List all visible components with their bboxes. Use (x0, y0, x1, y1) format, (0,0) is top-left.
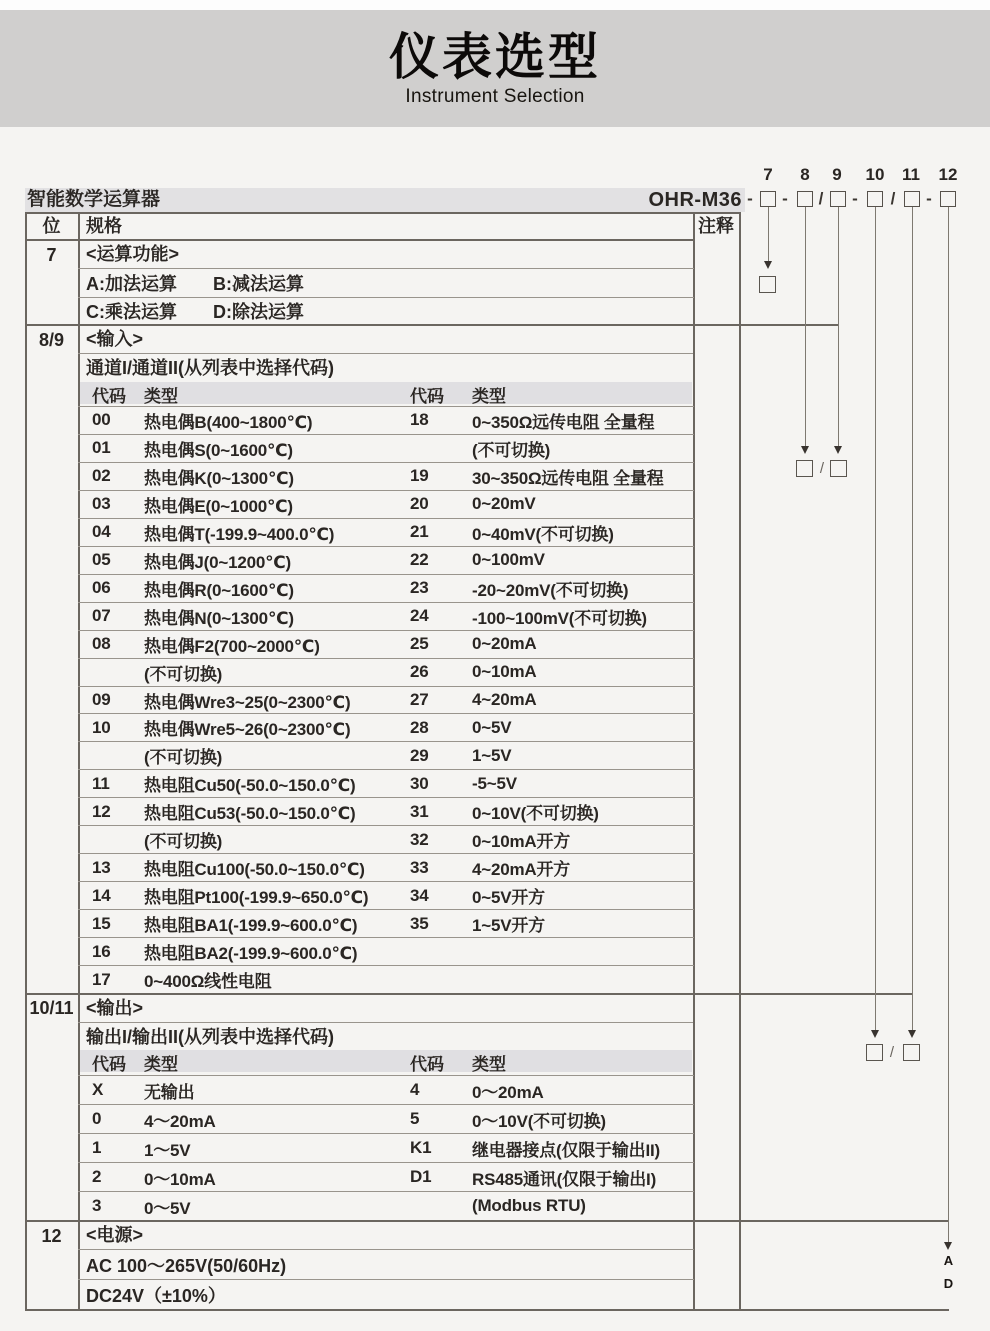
cell-t2: 继电器接点(仅限于输出II) (468, 1136, 694, 1161)
table-row: 20～10mAD1RS485通讯(仅限于输出I) (78, 1162, 694, 1191)
cell-c2: 4 (406, 1080, 468, 1100)
code-box-10 (866, 1044, 883, 1061)
cell-c2: 28 (406, 718, 468, 738)
cell-c2: 30 (406, 774, 468, 794)
table-top-border (25, 212, 740, 214)
table-row: 11～5VK1继电器接点(仅限于输出II) (78, 1133, 694, 1162)
cell-t2: 0~10mA (468, 662, 694, 682)
cell-t1: 热电偶R(0~1600℃) (140, 576, 406, 601)
cell-c2: 19 (406, 466, 468, 486)
input-table-header: 代码 类型 代码 类型 (80, 382, 692, 404)
cell-c1: 02 (88, 466, 140, 486)
table-row: 08热电偶F2(700~2000℃)250~20mA (78, 630, 694, 658)
cell-t1: 热电偶Wre3~25(0~2300℃) (140, 688, 406, 713)
cell-c1: 06 (88, 578, 140, 598)
power-code-d: D (939, 1277, 958, 1291)
cell-t1: (不可切换) (140, 660, 406, 685)
cell-t1: 热电阻Cu100(-50.0~150.0℃) (140, 855, 406, 880)
cell-t1: 1～5V (140, 1136, 406, 1161)
code-box-11 (903, 1044, 920, 1061)
cell-t2: 0~20mA (468, 634, 694, 654)
cell-c1: 12 (88, 802, 140, 822)
table-row: X无输出40～20mA (78, 1075, 694, 1104)
model-separator: - (744, 189, 756, 209)
cell-c2: 26 (406, 662, 468, 682)
code-box-7 (759, 276, 776, 293)
cell-c1: 10 (88, 718, 140, 738)
calc-option-d: D:除法运算 (213, 298, 304, 324)
cell-c1: 16 (88, 942, 140, 962)
pos-value-calc: 7 (25, 243, 78, 268)
cell-c1: 17 (88, 970, 140, 990)
cell-t2: 0~100mV (468, 550, 694, 570)
model-separator: / (887, 189, 899, 209)
instrument-selection-page: 仪表选型 Instrument Selection 智能数学运算器 OHR-M3… (0, 0, 990, 1331)
cell-c1: 1 (88, 1138, 140, 1158)
cell-t1: 热电偶E(0~1000℃) (140, 492, 406, 517)
cell-c1: 13 (88, 858, 140, 878)
code-box-9 (830, 460, 847, 477)
cell-t1: 热电偶K(0~1300℃) (140, 464, 406, 489)
table-row: 06热电偶R(0~1600℃)23-20~20mV(不可切换) (78, 574, 694, 602)
cell-t2: (不可切换) (468, 436, 694, 461)
calc-option-c: C:乘法运算 (86, 298, 177, 324)
cell-c2: 31 (406, 802, 468, 822)
input-section-title: <输入> (86, 325, 143, 353)
cell-t2: 4~20mA (468, 690, 694, 710)
table-row: (不可切换)320~10mA开方 (78, 825, 694, 853)
table-row: 170~400Ω线性电阻 (78, 965, 694, 993)
product-header-band: 智能数学运算器 OHR-M36 (25, 188, 745, 212)
cell-t1: 0～10mA (140, 1165, 406, 1190)
model-box-7 (760, 191, 776, 207)
model-separator: - (849, 189, 861, 209)
calc-row-cd: C:乘法运算 D:除法运算 (78, 297, 694, 326)
cell-c1: 0 (88, 1109, 140, 1129)
output-table-header: 代码 类型 代码 类型 (80, 1050, 692, 1072)
cell-t2: 0~10V(不可切换) (468, 799, 694, 824)
table-row: 04热电偶T(-199.9~400.0℃)210~40mV(不可切换) (78, 518, 694, 546)
cell-t1: 热电偶S(0~1600℃) (140, 436, 406, 461)
cell-t2: 0~5V (468, 718, 694, 738)
cell-c1: 05 (88, 550, 140, 570)
cell-c1: 04 (88, 522, 140, 542)
cell-c2: 25 (406, 634, 468, 654)
power-option-ac: AC 100～265V(50/60Hz) (86, 1252, 286, 1278)
table-right-border (739, 212, 741, 1310)
title-banner: 仪表选型 Instrument Selection (0, 10, 990, 127)
cell-c1: 11 (88, 774, 140, 794)
output-section-title: <输出> (86, 994, 143, 1022)
table-row: 14热电阻Pt100(-199.9~650.0℃)340~5V开方 (78, 881, 694, 909)
power-row-ac: AC 100～265V(50/60Hz) (78, 1249, 694, 1279)
cell-c2: 24 (406, 606, 468, 626)
table-row: 05热电偶J(0~1200℃)220~100mV (78, 546, 694, 574)
cell-t1: 热电阻BA1(-199.9~600.0℃) (140, 911, 406, 936)
cell-t2: -5~5V (468, 774, 694, 794)
cell-t2: RS485通讯(仅限于输出I) (468, 1165, 694, 1190)
cell-t2: -20~20mV(不可切换) (468, 576, 694, 601)
cell-c1: 07 (88, 606, 140, 626)
slash-separator: / (885, 1044, 899, 1062)
pos-header: 位 (25, 213, 78, 240)
cell-t2: 0~40mV(不可切换) (468, 520, 694, 545)
leader-line-11 (912, 207, 913, 1030)
table-row: 15热电阻BA1(-199.9~600.0℃)351~5V开方 (78, 909, 694, 937)
cell-t1: 热电偶B(400~1800℃) (140, 408, 406, 433)
cell-t2: 30~350Ω远传电阻 全量程 (468, 464, 694, 489)
cell-t1: 无输出 (140, 1078, 406, 1103)
table-row: 00热电偶B(400~1800℃)180~350Ω远传电阻 全量程 (78, 406, 694, 434)
product-name: 智能数学运算器 (27, 188, 160, 212)
power-row-dc: DC24V（±10%） (78, 1279, 694, 1309)
table-row: 07热电偶N(0~1300℃)24-100~100mV(不可切换) (78, 602, 694, 630)
table-row: 30～5V(Modbus RTU) (78, 1191, 694, 1220)
cell-c1: 03 (88, 494, 140, 514)
arrow-down-icon (908, 1030, 916, 1038)
table-row: 01热电偶S(0~1600℃)(不可切换) (78, 434, 694, 462)
page-title: 仪表选型 (0, 10, 990, 86)
cell-c1: 2 (88, 1167, 140, 1187)
power-title-row: <电源> (78, 1220, 694, 1249)
model-separator: - (779, 189, 791, 209)
cell-t2: 1~5V (468, 746, 694, 766)
digit-label-8: 8 (793, 165, 817, 185)
cell-t1: 0~400Ω线性电阻 (140, 967, 406, 992)
digit-label-7: 7 (756, 165, 780, 185)
cell-c2: 21 (406, 522, 468, 542)
arrow-down-icon (764, 261, 772, 269)
pos-value-input: 8/9 (25, 328, 78, 353)
calc-section: <运算功能> A:加法运算 B:减法运算 C:乘法运算 D:除法运算 (78, 240, 694, 325)
cell-c2: 27 (406, 690, 468, 710)
cell-c1: 15 (88, 914, 140, 934)
arrow-down-icon (871, 1030, 879, 1038)
input-section-subtitle: 通道I/通道II(从列表中选择代码) (86, 354, 334, 382)
table-row: (不可切换)291~5V (78, 741, 694, 769)
cell-t1: 热电偶F2(700~2000℃) (140, 632, 406, 657)
calc-option-b: B:减法运算 (213, 270, 304, 296)
cell-c2: 23 (406, 578, 468, 598)
spec-header: 规格 (86, 213, 122, 240)
cell-t2: (Modbus RTU) (468, 1196, 694, 1216)
table-row: 13热电阻Cu100(-50.0~150.0℃)334~20mA开方 (78, 853, 694, 881)
digit-label-10: 10 (863, 165, 887, 185)
table-row: 04～20mA50～10V(不可切换) (78, 1104, 694, 1133)
table-left-border (25, 212, 27, 1310)
slash-separator: / (815, 460, 829, 478)
table-row: 03热电偶E(0~1000℃)200~20mV (78, 490, 694, 518)
cell-c1: 3 (88, 1196, 140, 1216)
cell-t2: 0~5V开方 (468, 883, 694, 908)
cell-t1: 热电偶N(0~1300℃) (140, 604, 406, 629)
calc-section-title: <运算功能> (86, 240, 179, 268)
model-box-11 (904, 191, 920, 207)
cell-t1: 热电阻Cu50(-50.0~150.0℃) (140, 771, 406, 796)
cell-t2: 0～10V(不可切换) (468, 1107, 694, 1132)
power-section-title: <电源> (86, 1221, 143, 1249)
output-code-rows: X无输出40～20mA04～20mA50～10V(不可切换)11～5VK1继电器… (78, 1075, 694, 1220)
input-col-type-1: 类型 (140, 382, 406, 407)
input-col-code-2: 代码 (406, 382, 468, 407)
top-strip (0, 0, 990, 10)
model-box-12 (940, 191, 956, 207)
section-border-output (25, 993, 913, 995)
cell-c2: 22 (406, 550, 468, 570)
power-code-a: A (939, 1254, 958, 1268)
model-box-10 (867, 191, 883, 207)
cell-t1: 0～5V (140, 1194, 406, 1219)
cell-c1: 08 (88, 634, 140, 654)
table-row: (不可切换)260~10mA (78, 658, 694, 686)
output-col-code-2: 代码 (406, 1050, 468, 1075)
cell-c2: 34 (406, 886, 468, 906)
cell-t1: (不可切换) (140, 827, 406, 852)
power-option-dc: DC24V（±10%） (86, 1282, 226, 1308)
cell-c1: 01 (88, 438, 140, 458)
leader-line-7 (768, 207, 769, 261)
arrow-down-icon (834, 446, 842, 454)
table-row: 09热电偶Wre3~25(0~2300℃)274~20mA (78, 686, 694, 714)
arrow-down-icon (801, 446, 809, 454)
cell-t2: 0~350Ω远传电阻 全量程 (468, 408, 694, 433)
cell-c2: 29 (406, 746, 468, 766)
cell-c2: 20 (406, 494, 468, 514)
cell-t2: 0～20mA (468, 1078, 694, 1103)
cell-c2: 32 (406, 830, 468, 850)
output-col-type-1: 类型 (140, 1050, 406, 1075)
cell-t2: 0~10mA开方 (468, 827, 694, 852)
cell-c1: 14 (88, 886, 140, 906)
model-prefix: OHR-M36 (648, 187, 742, 213)
table-row: 10热电偶Wre5~26(0~2300℃)280~5V (78, 713, 694, 741)
output-col-code-1: 代码 (88, 1050, 140, 1075)
cell-c2: 5 (406, 1109, 468, 1129)
cell-t2: 0~20mV (468, 494, 694, 514)
cell-c2: K1 (406, 1138, 468, 1158)
table-row: 12热电阻Cu53(-50.0~150.0℃)310~10V(不可切换) (78, 797, 694, 825)
cell-t2: 1~5V开方 (468, 911, 694, 936)
cell-t1: 热电阻Pt100(-199.9~650.0℃) (140, 883, 406, 908)
pos-value-output: 10/11 (25, 996, 78, 1021)
cell-t1: 4～20mA (140, 1107, 406, 1132)
cell-t2: 4~20mA开方 (468, 855, 694, 880)
calc-row-ab: A:加法运算 B:减法运算 (78, 268, 694, 297)
table-row: 16热电阻BA2(-199.9~600.0℃) (78, 937, 694, 965)
cell-t1: 热电阻BA2(-199.9~600.0℃) (140, 939, 406, 964)
code-box-8 (796, 460, 813, 477)
output-section-subtitle: 输出I/输出II(从列表中选择代码) (86, 1023, 334, 1051)
page-subtitle: Instrument Selection (0, 86, 990, 108)
cell-c2: 33 (406, 858, 468, 878)
leader-line-10 (875, 207, 876, 1030)
output-col-type-2: 类型 (468, 1050, 692, 1075)
input-col-type-2: 类型 (468, 382, 692, 407)
input-col-code-1: 代码 (88, 382, 140, 407)
model-box-8 (797, 191, 813, 207)
cell-c1: 09 (88, 690, 140, 710)
digit-label-9: 9 (825, 165, 849, 185)
pos-value-power: 12 (25, 1224, 78, 1249)
calc-option-a: A:加法运算 (86, 270, 177, 296)
cell-t2: -100~100mV(不可切换) (468, 604, 694, 629)
cell-c2: 35 (406, 914, 468, 934)
table-row: 11热电阻Cu50(-50.0~150.0℃)30-5~5V (78, 769, 694, 797)
arrow-down-icon (944, 1242, 952, 1250)
digit-label-12: 12 (936, 165, 960, 185)
cell-t1: 热电偶Wre5~26(0~2300℃) (140, 715, 406, 740)
model-box-9 (830, 191, 846, 207)
calc-title-row: <运算功能> (78, 240, 694, 268)
input-code-rows: 00热电偶B(400~1800℃)180~350Ω远传电阻 全量程01热电偶S(… (78, 406, 694, 993)
leader-line-8 (805, 207, 806, 446)
cell-c1: X (88, 1080, 140, 1100)
leader-line-12 (948, 207, 949, 1242)
table-row: 02热电偶K(0~1300℃)1930~350Ω远传电阻 全量程 (78, 462, 694, 490)
model-separator: / (815, 189, 827, 209)
digit-label-11: 11 (899, 165, 923, 185)
note-header: 注释 (693, 213, 739, 240)
cell-t1: 热电偶T(-199.9~400.0℃) (140, 520, 406, 545)
cell-t1: (不可切换) (140, 743, 406, 768)
cell-c2: 18 (406, 410, 468, 430)
model-separator: - (923, 189, 935, 209)
cell-t1: 热电阻Cu53(-50.0~150.0℃) (140, 799, 406, 824)
power-section: <电源> AC 100～265V(50/60Hz) DC24V（±10%） (78, 1220, 694, 1309)
leader-line-9 (838, 207, 839, 446)
cell-t1: 热电偶J(0~1200℃) (140, 548, 406, 573)
cell-c2: D1 (406, 1167, 468, 1187)
cell-c1: 00 (88, 410, 140, 430)
table-bottom-border (25, 1309, 949, 1311)
